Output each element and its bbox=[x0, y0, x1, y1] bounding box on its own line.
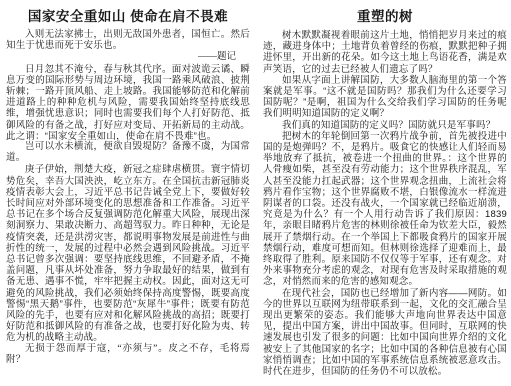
paragraph: 我们真的知道国防的定义吗？国防就只是军事吗？ bbox=[263, 120, 507, 131]
essay-page-right: 重塑的树 树木默默凝视着眼前这片土地，悄悄把岁月来过的痕迹，藏进身体中；土地背负… bbox=[263, 4, 507, 377]
paragraph: 在现代社会，国防也已经增加了新内容——网防。如今的世界以互联网为纽带联系到一起，… bbox=[263, 288, 507, 378]
paragraph: 庚子伊始，荆楚大疫，新冠之症肆虐横贯。寰宇情切势危矣，幸吾大国泱泱，屹立东方。在… bbox=[6, 164, 250, 343]
essay-right-title: 重塑的树 bbox=[263, 9, 507, 24]
essay-left-epigraph-attribution: ——题记 bbox=[6, 52, 250, 63]
paragraph: 树木默默凝视着眼前这片土地，悄悄把岁月来过的痕迹，藏进身体中；土地背负着曾经的伤… bbox=[263, 30, 507, 75]
paragraph: 把树木的年轮倒回第一次鸦片战争前，首先被投进中国的是炮弹吗？不，是鸦片。吸食它的… bbox=[263, 131, 507, 288]
essay-left-epigraph: 入则无法家拂士，出则无敌国外患者，国恒亡。然后知生于忧患而死于安乐也。 bbox=[6, 30, 250, 52]
paragraph: 如果从字面上讲解国防，大多数人脑海里的第一个答案就是军事。“这不就是国防吗？那我… bbox=[263, 75, 507, 120]
essay-left-title: 国家安全重如山 使命在肩不畏难 bbox=[6, 9, 250, 24]
paragraph: 日月忽其不淹兮，春与秋其代序。面对波诡云谲、瞬息万变的国际形势与周边环境，我国一… bbox=[6, 64, 250, 142]
quote-paragraph: 岂可以水未横流，便欲自毁堤防？备豫不虞，为国常道。 bbox=[6, 142, 250, 164]
document-spread: 国家安全重如山 使命在肩不畏难 入则无法家拂士，出则无敌国外患者，国恒亡。然后知… bbox=[0, 0, 511, 377]
quote-paragraph: 无损于怨而厚于寇，“亦须与”。皮之不存，毛将焉附？ bbox=[6, 344, 250, 366]
essay-page-left: 国家安全重如山 使命在肩不畏难 入则无法家拂士，出则无敌国外患者，国恒亡。然后知… bbox=[6, 4, 250, 377]
